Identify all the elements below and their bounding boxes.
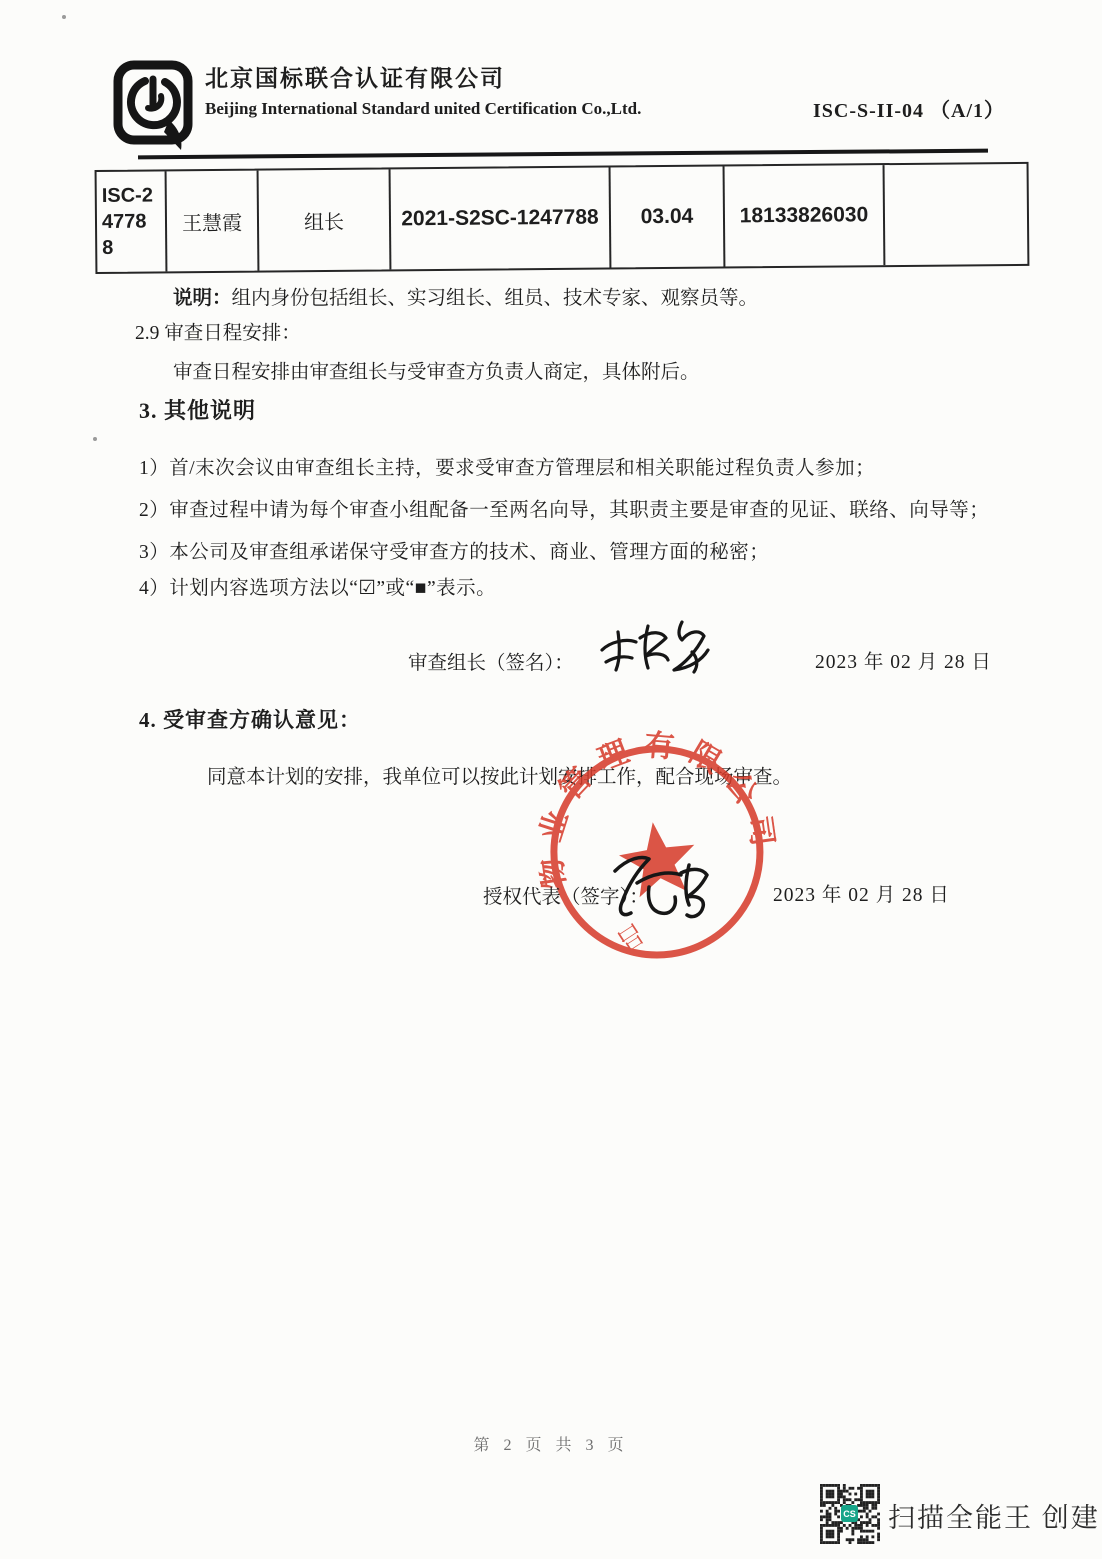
section-3-item: 4）计划内容选项方法以“☑”或“■”表示。 [139, 572, 496, 600]
section-2-9-body: 审查日程安排由审查组长与受审查方负责人商定，具体附后。 [173, 356, 700, 384]
section-3-title: 3. 其他说明 [139, 394, 256, 425]
leader-signature-date: 2023 年 02 月 28 日 [815, 646, 992, 674]
section-3-item: 1）首/末次会议由审查组长主持，要求受审查方管理层和相关职能过程负责人参加； [139, 452, 875, 480]
company-logo-icon [112, 60, 196, 157]
audit-team-table: ISC-2 4778 8 王慧霞 组长 2021-S2SC-1247788 03… [95, 162, 1030, 274]
leader-signature-label: 审查组长（签名）： [408, 647, 574, 675]
camscanner-cs-badge: CS [841, 1505, 858, 1522]
table-cell-role: 组长 [257, 169, 390, 270]
scanned-document-page: 北京国标联合认证有限公司 Beijing International Stand… [0, 0, 1102, 1559]
company-name-en: Beijing International Standard united Ce… [205, 99, 641, 119]
table-cell-empty [883, 164, 1028, 265]
table-note-label: 说明： [173, 288, 232, 309]
scan-artifact-dot [62, 15, 66, 19]
page-number: 第 2 页 共 3 页 [0, 1432, 1102, 1455]
client-handwritten-signature [597, 843, 727, 938]
section-2-9-title: 2.9 审查日程安排： [135, 317, 301, 345]
table-cell-name: 王慧霞 [165, 171, 258, 272]
client-signature-date: 2023 年 02 月 28 日 [773, 879, 950, 907]
table-note: 说明：组内身份包括组长、实习组长、组员、技术专家、观察员等。 [173, 282, 758, 310]
table-cell-phone: 18133826030 [723, 165, 884, 266]
table-note-text: 组内身份包括组长、实习组长、组员、技术专家、观察员等。 [232, 288, 759, 309]
table-cell-cert-no: 2021-S2SC-1247788 [389, 168, 610, 270]
camscanner-note: 扫描全能王 创建 [888, 1496, 1100, 1535]
table-cell-audit-no: ISC-2 4778 8 [97, 171, 166, 272]
document-code: ISC-S-II-04 （A/1） [813, 94, 1005, 123]
section-4-title: 4. 受审查方确认意见： [139, 704, 361, 734]
camscanner-qr-code: CS [820, 1484, 880, 1544]
section-3-item: 3）本公司及审查组承诺保守受审查方的技术、商业、管理方面的秘密； [139, 536, 769, 564]
header-rule [138, 149, 988, 160]
logo-glyph [112, 60, 196, 152]
company-name-cn: 北京国标联合认证有限公司 [205, 60, 505, 93]
table-cell-date: 03.04 [609, 167, 724, 268]
section-3-item: 2）审查过程中请为每个审查小组配备一至两名向导，其职责主要是审查的见证、联络、向… [139, 494, 989, 522]
leader-handwritten-signature [596, 612, 726, 687]
scan-artifact-dot [93, 437, 97, 441]
